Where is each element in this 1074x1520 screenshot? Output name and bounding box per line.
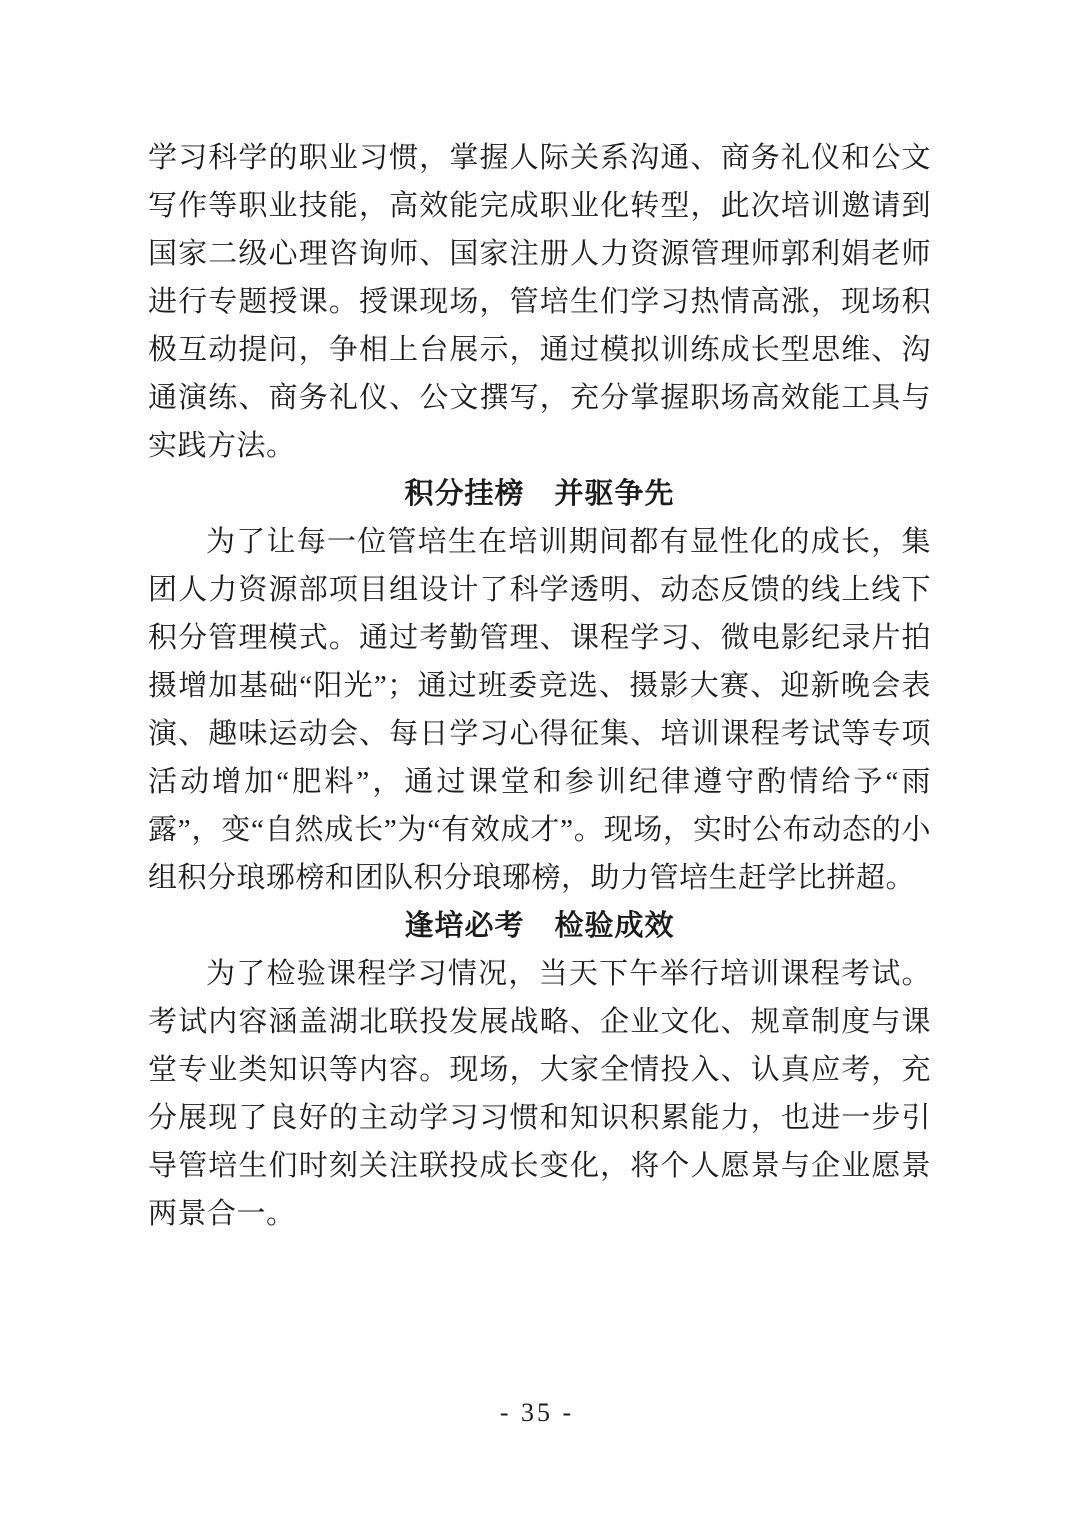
page-number: - 35 - xyxy=(0,1398,1074,1428)
section-heading-points-ranking: 积分挂榜 并驱争先 xyxy=(148,470,931,518)
paragraph-points-system: 为了让每一位管培生在培训期间都有显性化的成长，集团人力资源部项目组设计了科学透明… xyxy=(148,518,931,902)
paragraph-training-skills: 学习科学的职业习惯，掌握人际关系沟通、商务礼仪和公文写作等职业技能，高效能完成职… xyxy=(148,134,931,470)
document-page: 学习科学的职业习惯，掌握人际关系沟通、商务礼仪和公文写作等职业技能，高效能完成职… xyxy=(0,0,1074,1520)
paragraph-exam-results: 为了检验课程学习情况，当天下午举行培训课程考试。考试内容涵盖湖北联投发展战略、企… xyxy=(148,950,931,1238)
section-heading-exam: 逢培必考 检验成效 xyxy=(148,902,931,950)
document-body: 学习科学的职业习惯，掌握人际关系沟通、商务礼仪和公文写作等职业技能，高效能完成职… xyxy=(148,134,931,1238)
